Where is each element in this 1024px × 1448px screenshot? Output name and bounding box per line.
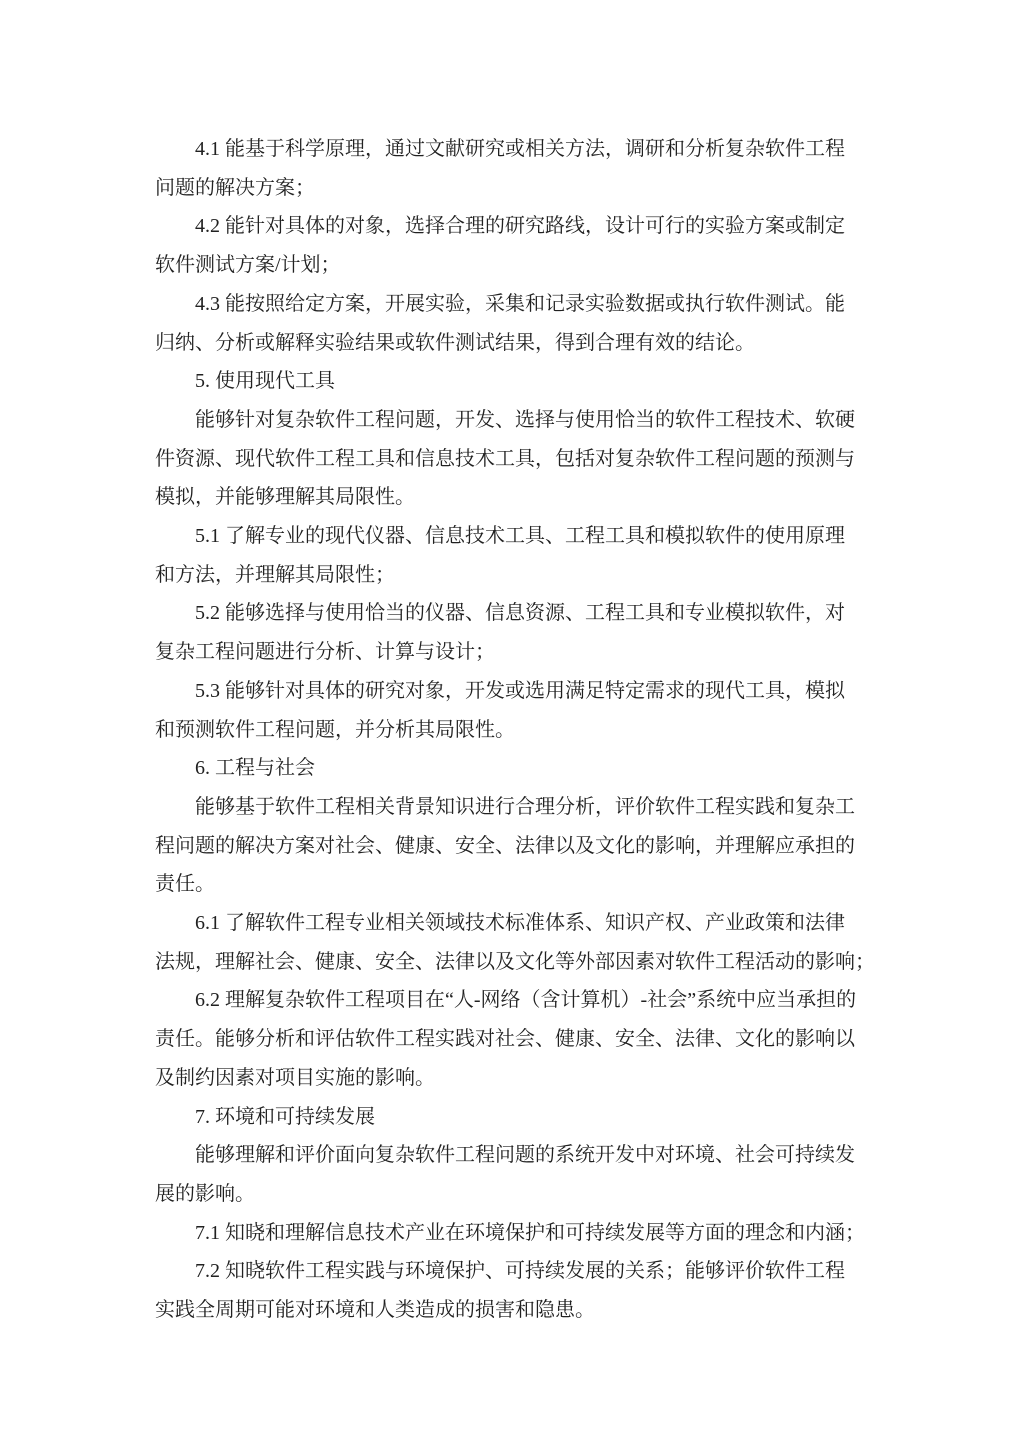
para-section-5-intro: 能够针对复杂软件工程问题，开发、选择与使用恰当的软件工程技术、软硬 件资源、现代…: [155, 401, 897, 517]
para-item-7-1: 7.1 知晓和理解信息技术产业在环境保护和可持续发展等方面的理念和内涵；: [155, 1214, 897, 1253]
para-item-6-2: 6.2 理解复杂软件工程项目在“人-网络（含计算机）-社会”系统中应当承担的 责…: [155, 981, 897, 1097]
document-text-block: 4.1 能基于科学原理，通过文献研究或相关方法，调研和分析复杂软件工程 问题的解…: [155, 130, 897, 1330]
document-page: 4.1 能基于科学原理，通过文献研究或相关方法，调研和分析复杂软件工程 问题的解…: [0, 0, 1024, 1448]
para-item-4-3: 4.3 能按照给定方案，开展实验，采集和记录实验数据或执行软件测试。能 归纳、分…: [155, 285, 897, 362]
section-heading-7: 7. 环境和可持续发展: [155, 1098, 897, 1137]
section-heading-5: 5. 使用现代工具: [155, 362, 897, 401]
para-item-7-2: 7.2 知晓软件工程实践与环境保护、可持续发展的关系；能够评价软件工程 实践全周…: [155, 1252, 897, 1329]
para-section-6-intro: 能够基于软件工程相关背景知识进行合理分析，评价软件工程实践和复杂工 程问题的解决…: [155, 788, 897, 904]
para-item-4-2: 4.2 能针对具体的对象，选择合理的研究路线，设计可行的实验方案或制定 软件测试…: [155, 207, 897, 284]
section-heading-6: 6. 工程与社会: [155, 749, 897, 788]
para-item-6-1: 6.1 了解软件工程专业相关领域技术标准体系、知识产权、产业政策和法律 法规，理…: [155, 904, 897, 981]
para-section-7-intro: 能够理解和评价面向复杂软件工程问题的系统开发中对环境、社会可持续发 展的影响。: [155, 1136, 897, 1213]
para-item-5-2: 5.2 能够选择与使用恰当的仪器、信息资源、工程工具和专业模拟软件，对 复杂工程…: [155, 594, 897, 671]
para-item-4-1: 4.1 能基于科学原理，通过文献研究或相关方法，调研和分析复杂软件工程 问题的解…: [155, 130, 897, 207]
para-item-5-1: 5.1 了解专业的现代仪器、信息技术工具、工程工具和模拟软件的使用原理 和方法，…: [155, 517, 897, 594]
para-item-5-3: 5.3 能够针对具体的研究对象，开发或选用满足特定需求的现代工具，模拟 和预测软…: [155, 672, 897, 749]
